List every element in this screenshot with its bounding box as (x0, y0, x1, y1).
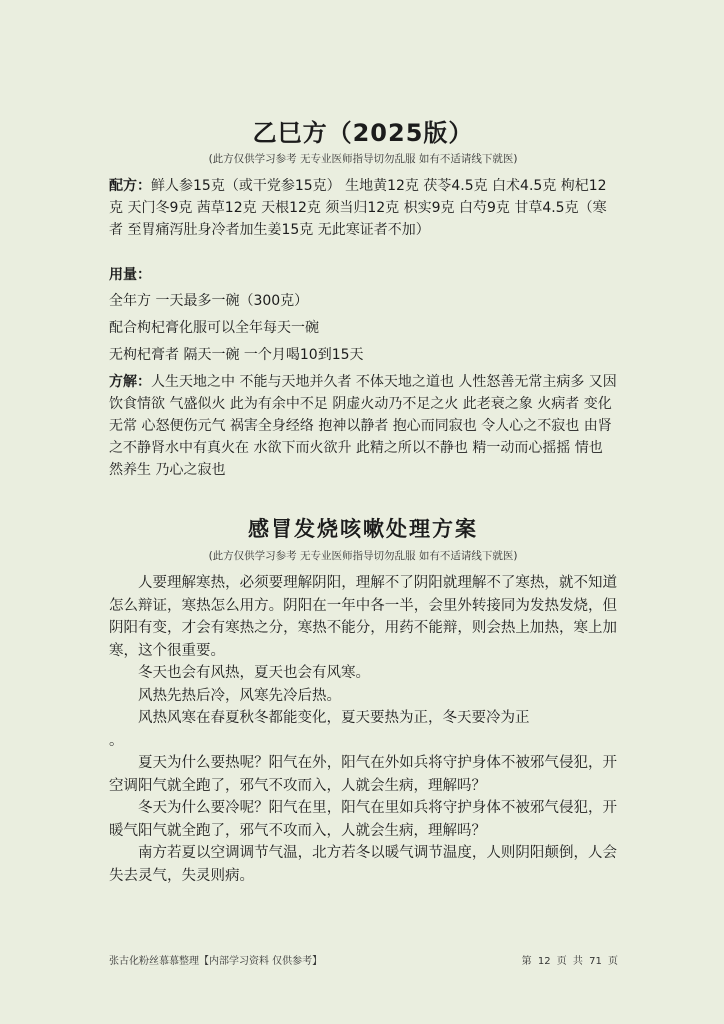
paragraph: 冬天也会有风热，夏天也会有风寒。 (109, 662, 617, 685)
section-title: 感冒发烧咳嗽处理方案 (109, 513, 617, 543)
disclaimer: (此方仅供学习参考 无专业医师指导切勿乱服 如有不适请线下就医) (109, 151, 617, 166)
dosage-label: 用量： (109, 264, 617, 286)
paragraph: 风热先热后冷，风寒先冷后热。 (109, 685, 617, 708)
paragraph: 人要理解寒热，必须要理解阴阳，理解不了阴阳就理解不了寒热，就不知道怎么辩证，寒热… (109, 572, 617, 662)
stray-punctuation: 。 (109, 730, 617, 753)
paragraph: 夏天为什么要热呢？阳气在外，阳气在外如兵将守护身体不被邪气侵犯，开空调阳气就全跑… (109, 752, 617, 797)
recipe-text: 鲜人参15克（或干党参15克） 生地黄12克 茯苓4.5克 白术4.5克 枸杞1… (109, 178, 607, 238)
paragraph: 风热风寒在春夏秋冬都能变化，夏天要热为正，冬天要冷为正 (109, 707, 617, 730)
explanation-label: 方解： (109, 374, 151, 390)
dosage-line: 配合枸杞膏化服可以全年每天一碗 (109, 317, 319, 337)
section-body: 人要理解寒热，必须要理解阴阳，理解不了阴阳就理解不了寒热，就不知道怎么辩证，寒热… (109, 572, 617, 887)
paragraph: 冬天为什么要冷呢？阳气在里，阳气在里如兵将守护身体不被邪气侵犯，开暖气阳气就全跑… (109, 797, 617, 842)
paragraph: 南方若夏以空调调节气温，北方若冬以暖气调节温度，人则阴阳颠倒，人会失去灵气，失灵… (109, 842, 617, 887)
disclaimer: (此方仅供学习参考 无专业医师指导切勿乱服 如有不适请线下就医) (109, 548, 617, 563)
recipe-section: 配方：鲜人参15克（或干党参15克） 生地黄12克 茯苓4.5克 白术4.5克 … (109, 175, 617, 241)
dosage-line: 全年方 一天最多一碗（300克） (109, 290, 308, 310)
page-number: 第 12 页 共 71 页 (522, 952, 618, 967)
recipe-title: 乙巳方（2025版） (109, 113, 617, 148)
recipe-label: 配方： (109, 178, 151, 194)
dosage-line: 无枸杞膏者 隔天一碗 一个月喝10到15天 (109, 344, 364, 364)
footer-source: 张古化粉丝慕慕整理【内部学习资料 仅供参考】 (109, 952, 322, 967)
explanation-section: 方解：人生天地之中 不能与天地并久者 不体天地之道也 人性怒善无常主病多 又因饮… (109, 371, 617, 481)
explanation-text: 人生天地之中 不能与天地并久者 不体天地之道也 人性怒善无常主病多 又因饮食情欲… (109, 374, 617, 478)
